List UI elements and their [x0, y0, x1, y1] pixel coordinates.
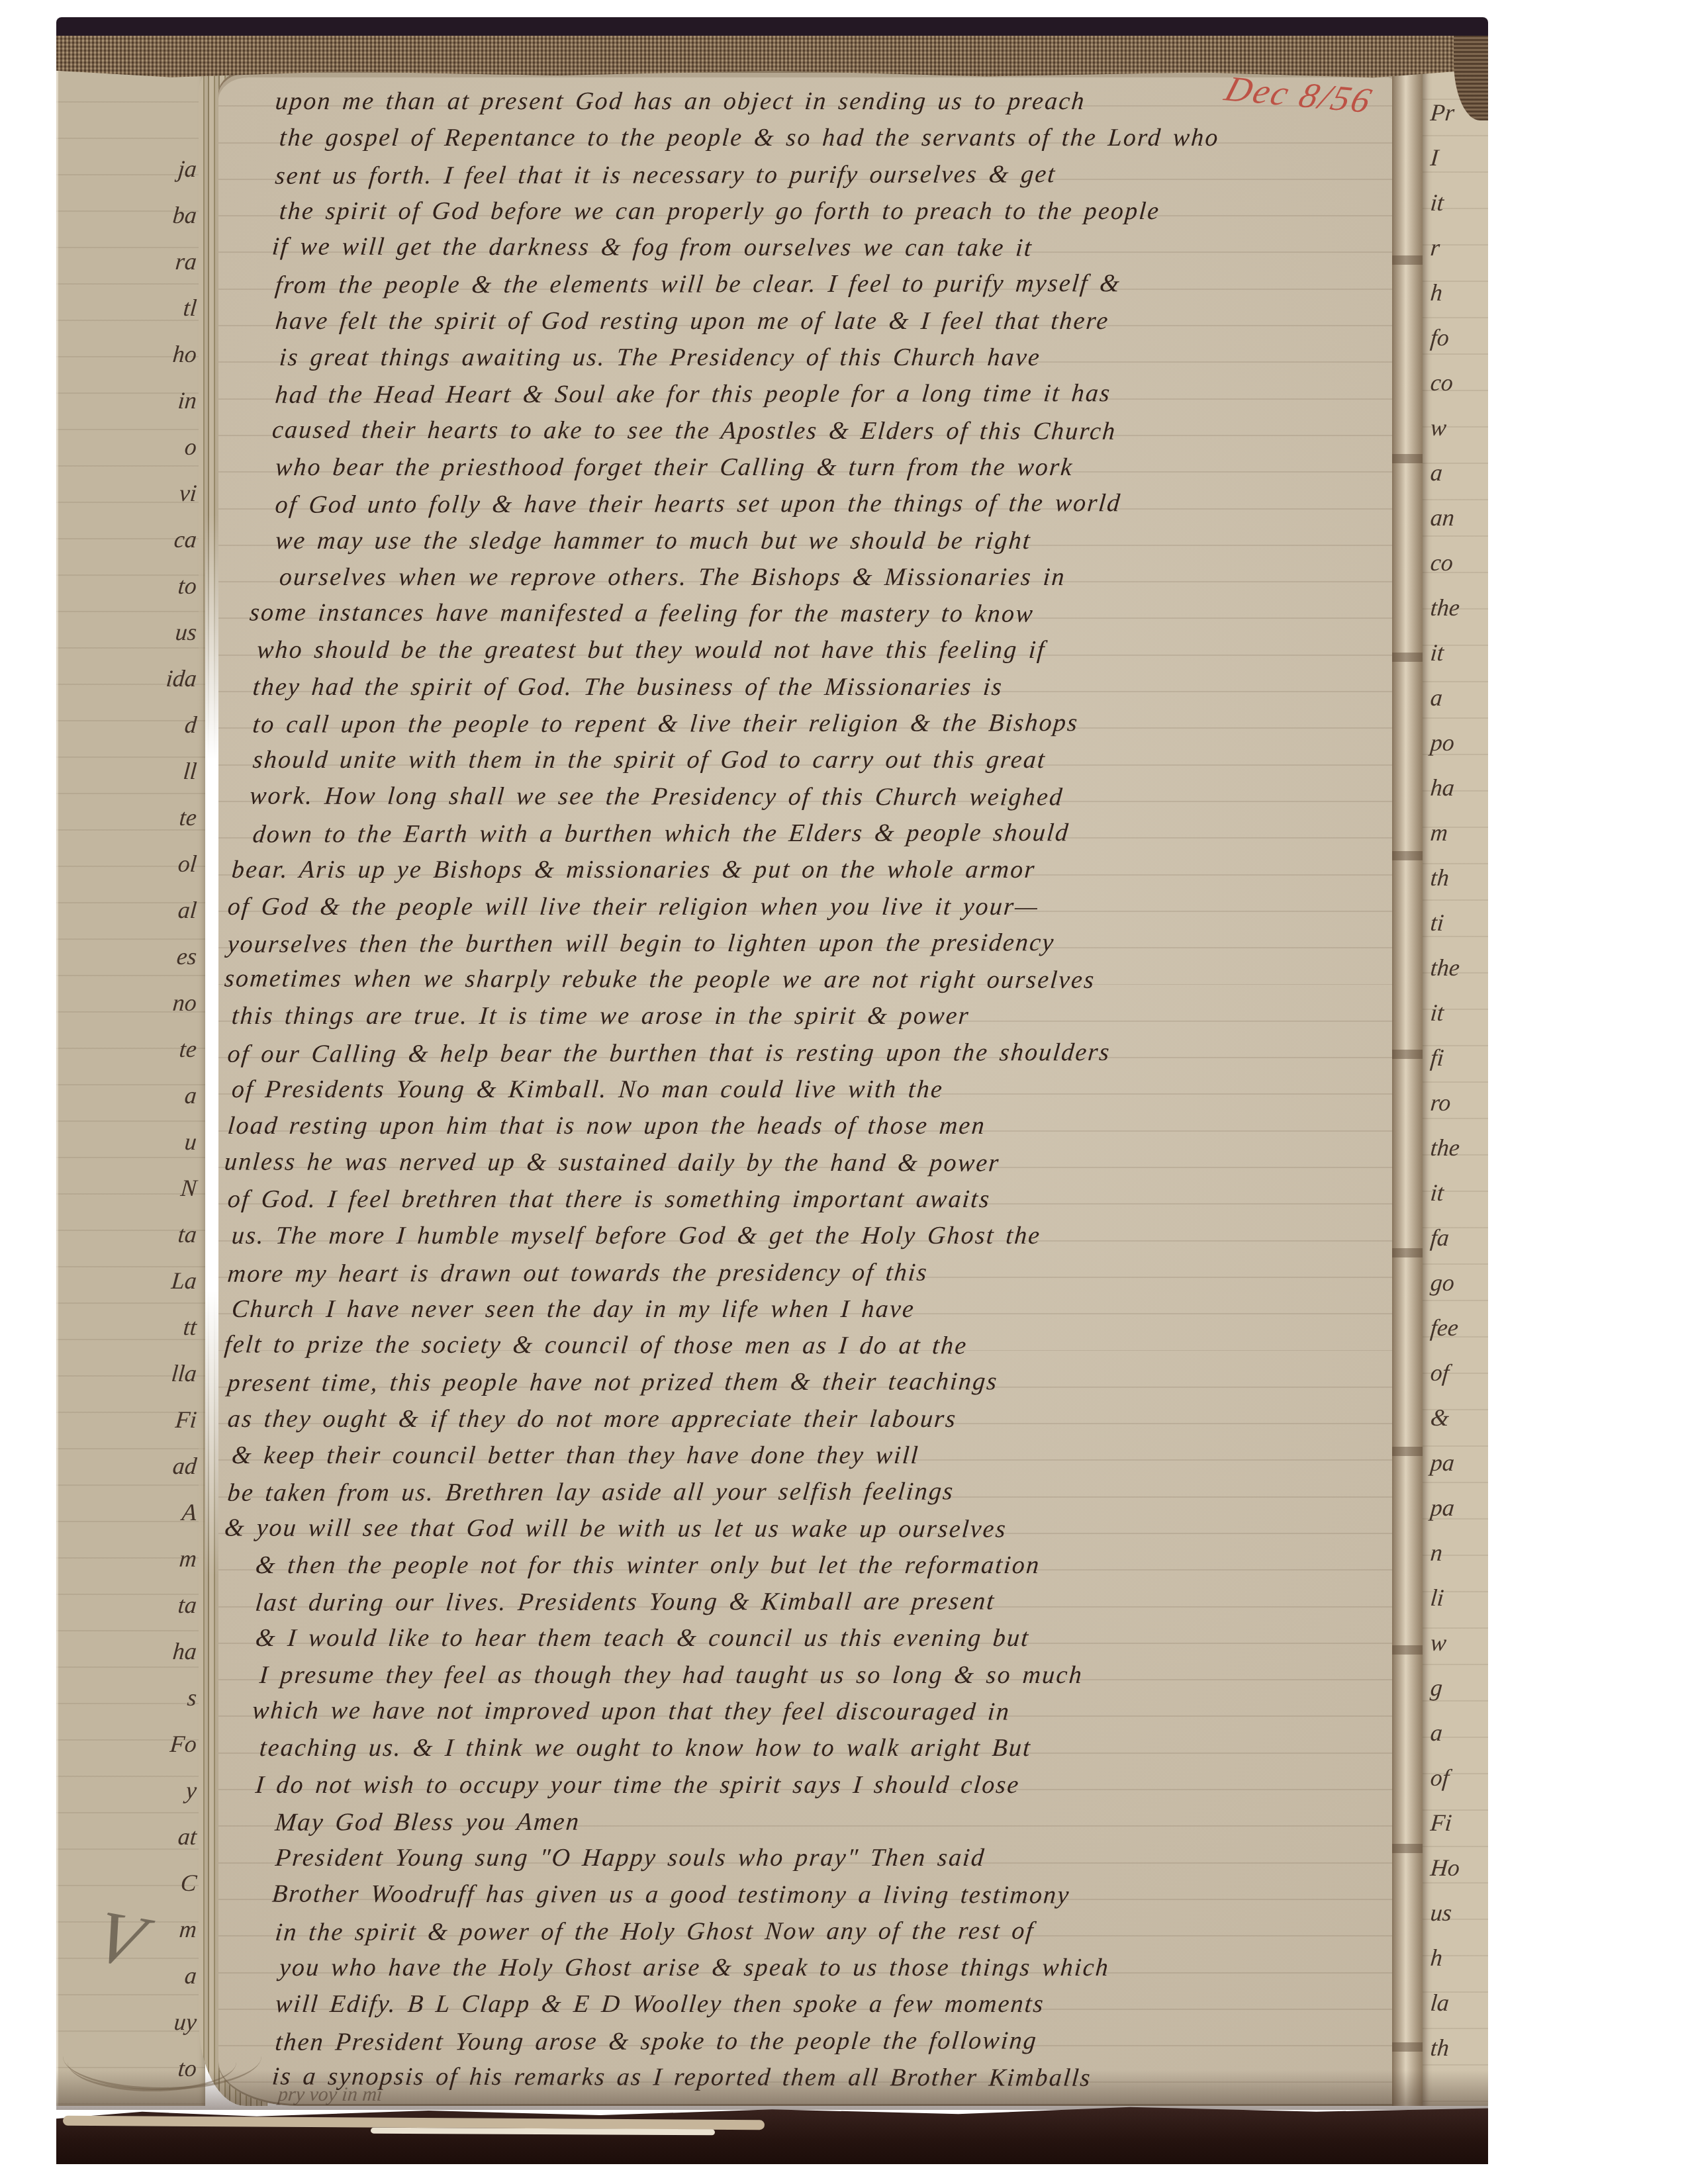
- manuscript-line: had the Head Heart & Soul ake for this p…: [273, 375, 1389, 414]
- text-fragment: th: [1429, 2025, 1489, 2070]
- text-fragment: vi: [54, 470, 199, 516]
- text-fragment: te: [54, 794, 199, 841]
- manuscript-line: President Young sung "O Happy souls who …: [274, 1840, 1389, 1876]
- manuscript-line: teaching us. & I think we ought to know …: [258, 1730, 1393, 1766]
- text-fragment: pa: [1429, 1485, 1489, 1530]
- manuscript-line: sometimes when we sharply rebuke the peo…: [223, 961, 1385, 999]
- text-fragment: of: [1429, 1755, 1489, 1800]
- manuscript-line: load resting upon him that is now upon t…: [226, 1108, 1389, 1144]
- manuscript-line: be taken from us. Brethren lay aside all…: [226, 1473, 1389, 1512]
- text-fragment: the: [1429, 1125, 1489, 1170]
- text-fragment: co: [1429, 540, 1489, 585]
- manuscript-line: of Presidents Young & Kimball. No man co…: [230, 1071, 1393, 1108]
- text-fragment: ad: [54, 1443, 199, 1489]
- text-fragment: li: [1429, 1575, 1489, 1620]
- manuscript-line: as they ought & if they do not more appr…: [226, 1401, 1389, 1437]
- curled-corner-line: [68, 2033, 236, 2091]
- manuscript-line: of God unto folly & have their hearts se…: [273, 485, 1389, 524]
- manuscript-line: then President Young arose & spoke to th…: [273, 2022, 1389, 2061]
- text-fragment: go: [1429, 1260, 1489, 1305]
- manuscript-line: last during our lives. Presidents Young …: [254, 1582, 1389, 1621]
- text-fragment: no: [54, 979, 199, 1026]
- text-fragment: o: [54, 424, 199, 470]
- text-fragment: it: [1429, 180, 1489, 225]
- text-fragment: N: [54, 1165, 199, 1211]
- manuscript-line: from the people & the elements will be c…: [273, 265, 1389, 304]
- manuscript-line: this things are true. It is time we aros…: [230, 998, 1393, 1034]
- manuscript-line: if we will get the darkness & fog from o…: [271, 229, 1385, 267]
- text-fragment: Fo: [54, 1721, 199, 1767]
- text-fragment: the: [1429, 945, 1489, 990]
- text-fragment: fa: [1429, 1215, 1489, 1260]
- text-fragment: h: [1429, 1935, 1489, 1980]
- text-fragment: w: [1429, 1620, 1489, 1665]
- manuscript-line: some instances have manifested a feeling…: [248, 595, 1385, 633]
- text-fragment: al: [54, 887, 199, 933]
- text-fragment: lla: [54, 1350, 199, 1396]
- manuscript-line: in the spirit & power of the Holy Ghost …: [273, 1912, 1389, 1951]
- manuscript-line: is great things awaiting us. The Preside…: [278, 340, 1393, 376]
- text-fragment: Fi: [1429, 1800, 1489, 1845]
- text-fragment: to: [54, 563, 199, 609]
- manuscript-line: & I would like to hear them teach & coun…: [254, 1620, 1389, 1657]
- manuscript-line: caused their hearts to ake to see the Ap…: [271, 412, 1385, 450]
- text-fragment: te: [54, 1026, 199, 1072]
- text-fragment: g: [1429, 1665, 1489, 1710]
- text-fragment: d: [54, 702, 199, 748]
- manuscript-line: bear. Aris up ye Bishops & missionaries …: [230, 852, 1393, 888]
- text-fragment: us: [54, 609, 199, 655]
- scanned-book-photo: jabaratlhoinovicatousidadllteolalesnotea…: [0, 0, 1688, 2184]
- manuscript-line: unless he was nerved up & sustained dail…: [223, 1144, 1385, 1182]
- manuscript-page: upon me than at present God has an objec…: [218, 70, 1393, 2106]
- manuscript-line: us. The more I humble myself before God …: [230, 1218, 1393, 1254]
- text-fragment: m: [54, 1535, 199, 1582]
- text-fragment: ida: [54, 655, 199, 702]
- manuscript-line: of our Calling & help bear the burthen t…: [226, 1034, 1389, 1073]
- manuscript-line: yourselves then the burthen will begin t…: [226, 924, 1389, 963]
- manuscript-line: Brother Woodruff has given us a good tes…: [271, 1876, 1385, 1914]
- text-fragment: n: [1429, 1530, 1489, 1575]
- text-fragment: I: [1429, 135, 1489, 180]
- next-page-text-fragments: PrIitrhfocowaancotheitapohamthtitheitfir…: [1430, 90, 1487, 2070]
- text-fragment: tl: [54, 285, 199, 331]
- text-fragment: ha: [1429, 765, 1489, 810]
- manuscript-line: who should be the greatest but they woul…: [256, 632, 1393, 668]
- text-fragment: of: [1429, 1350, 1489, 1395]
- text-fragment: la: [1429, 1980, 1489, 2025]
- manuscript-line: the spirit of God before we can properly…: [278, 193, 1393, 230]
- manuscript-line: felt to prize the society & council of t…: [223, 1327, 1385, 1365]
- manuscript-line: & keep their council better than they ha…: [230, 1437, 1393, 1474]
- text-fragment: ti: [1429, 900, 1489, 945]
- manuscript-line: to call upon the people to repent & live…: [251, 704, 1389, 743]
- binding-thread-crease: [1392, 66, 1423, 2106]
- manuscript-line: work. How long shall we see the Presiden…: [248, 778, 1385, 816]
- text-fragment: co: [1429, 360, 1489, 405]
- text-fragment: th: [1429, 855, 1489, 900]
- text-fragment: at: [54, 1813, 199, 1860]
- manuscript-line: of God. I feel brethren that there is so…: [226, 1181, 1389, 1218]
- manuscript-line: will Edify. B L Clapp & E D Woolley then…: [274, 1986, 1389, 2023]
- text-fragment: pa: [1429, 1440, 1489, 1485]
- text-fragment: ca: [54, 516, 199, 563]
- text-fragment: ta: [54, 1211, 199, 1257]
- page-bottom-shadow: [56, 2070, 1488, 2110]
- manuscript-line: I do not wish to occupy your time the sp…: [254, 1767, 1389, 1803]
- text-fragment: ol: [54, 841, 199, 887]
- text-fragment: it: [1429, 990, 1489, 1035]
- show-through-text: pry voy in mi: [277, 2083, 383, 2106]
- text-fragment: s: [54, 1674, 199, 1721]
- manuscript-line: Church I have never seen the day in my l…: [230, 1291, 1393, 1328]
- text-fragment: po: [1429, 720, 1489, 765]
- text-fragment: y: [54, 1767, 199, 1813]
- text-fragment: w: [1429, 405, 1489, 450]
- text-fragment: Fi: [54, 1396, 199, 1443]
- text-fragment: fee: [1429, 1305, 1489, 1350]
- next-page-edge: PrIitrhfocowaancotheitapohamthtitheitfir…: [1423, 64, 1488, 2106]
- text-fragment: ra: [54, 238, 199, 285]
- text-fragment: a: [1429, 450, 1489, 495]
- text-fragment: &: [1429, 1395, 1489, 1440]
- manuscript-line: more my heart is drawn out towards the p…: [226, 1253, 1389, 1293]
- manuscript-line: & then the people not for this winter on…: [254, 1547, 1389, 1584]
- text-fragment: the: [1429, 585, 1489, 630]
- text-fragment: ha: [54, 1628, 199, 1674]
- text-fragment: in: [54, 377, 199, 424]
- text-fragment: ll: [54, 748, 199, 794]
- text-fragment: it: [1429, 1170, 1489, 1215]
- text-fragment: es: [54, 933, 199, 979]
- text-fragment: ja: [54, 146, 199, 192]
- manuscript-line: the gospel of Repentance to the people &…: [278, 120, 1393, 156]
- text-fragment: fi: [1429, 1035, 1489, 1080]
- text-fragment: a: [1429, 1710, 1489, 1755]
- text-fragment: it: [1429, 630, 1489, 675]
- manuscript-line: down to the Earth with a burthen which t…: [251, 814, 1389, 853]
- text-fragment: ho: [54, 331, 199, 377]
- manuscript-line: present time, this people have not prize…: [226, 1363, 1389, 1402]
- text-fragment: A: [54, 1489, 199, 1535]
- manuscript-line: we may use the sledge hammer to much but…: [274, 523, 1389, 559]
- text-fragment: tt: [54, 1304, 199, 1350]
- text-fragment: ta: [54, 1582, 199, 1628]
- text-fragment: fo: [1429, 315, 1489, 360]
- manuscript-line: have felt the spirit of God resting upon…: [274, 303, 1389, 340]
- manuscript-line: I presume they feel as though they had t…: [258, 1657, 1393, 1694]
- text-fragment: a: [54, 1072, 199, 1118]
- text-fragment: La: [54, 1257, 199, 1304]
- previous-page-edge: jabaratlhoinovicatousidadllteolalesnotea…: [56, 66, 205, 2106]
- manuscript-line: ourselves when we reprove others. The Bi…: [278, 559, 1393, 596]
- manuscript-line: you who have the Holy Ghost arise & spea…: [278, 1950, 1393, 1986]
- manuscript-line: May God Bless you Amen: [273, 1802, 1389, 1841]
- text-fragment: ba: [54, 192, 199, 238]
- book-bottom-edge: [56, 2106, 1488, 2164]
- manuscript-line: of God & the people will live their reli…: [226, 889, 1389, 925]
- text-fragment: us: [1429, 1890, 1489, 1935]
- text-fragment: a: [1429, 675, 1489, 720]
- previous-page-text-fragments: jabaratlhoinovicatousidadllteolalesnotea…: [56, 146, 199, 2091]
- manuscript-line: should unite with them in the spirit of …: [252, 742, 1389, 778]
- text-fragment: an: [1429, 495, 1489, 540]
- text-fragment: m: [1429, 810, 1489, 855]
- manuscript-line: who bear the priesthood forget their Cal…: [274, 449, 1389, 486]
- manuscript-line: sent us forth. I feel that it is necessa…: [273, 156, 1389, 195]
- manuscript-line: they had the spirit of God. The business…: [252, 669, 1389, 705]
- manuscript-text-block: upon me than at present God has an objec…: [275, 83, 1387, 2096]
- manuscript-line: & you will see that God will be with us …: [223, 1510, 1385, 1548]
- text-fragment: h: [1429, 270, 1489, 315]
- text-fragment: Ho: [1429, 1845, 1489, 1890]
- text-fragment: ro: [1429, 1080, 1489, 1125]
- text-fragment: r: [1429, 225, 1489, 270]
- text-fragment: u: [54, 1118, 199, 1165]
- manuscript-line: which we have not improved upon that the…: [251, 1693, 1385, 1731]
